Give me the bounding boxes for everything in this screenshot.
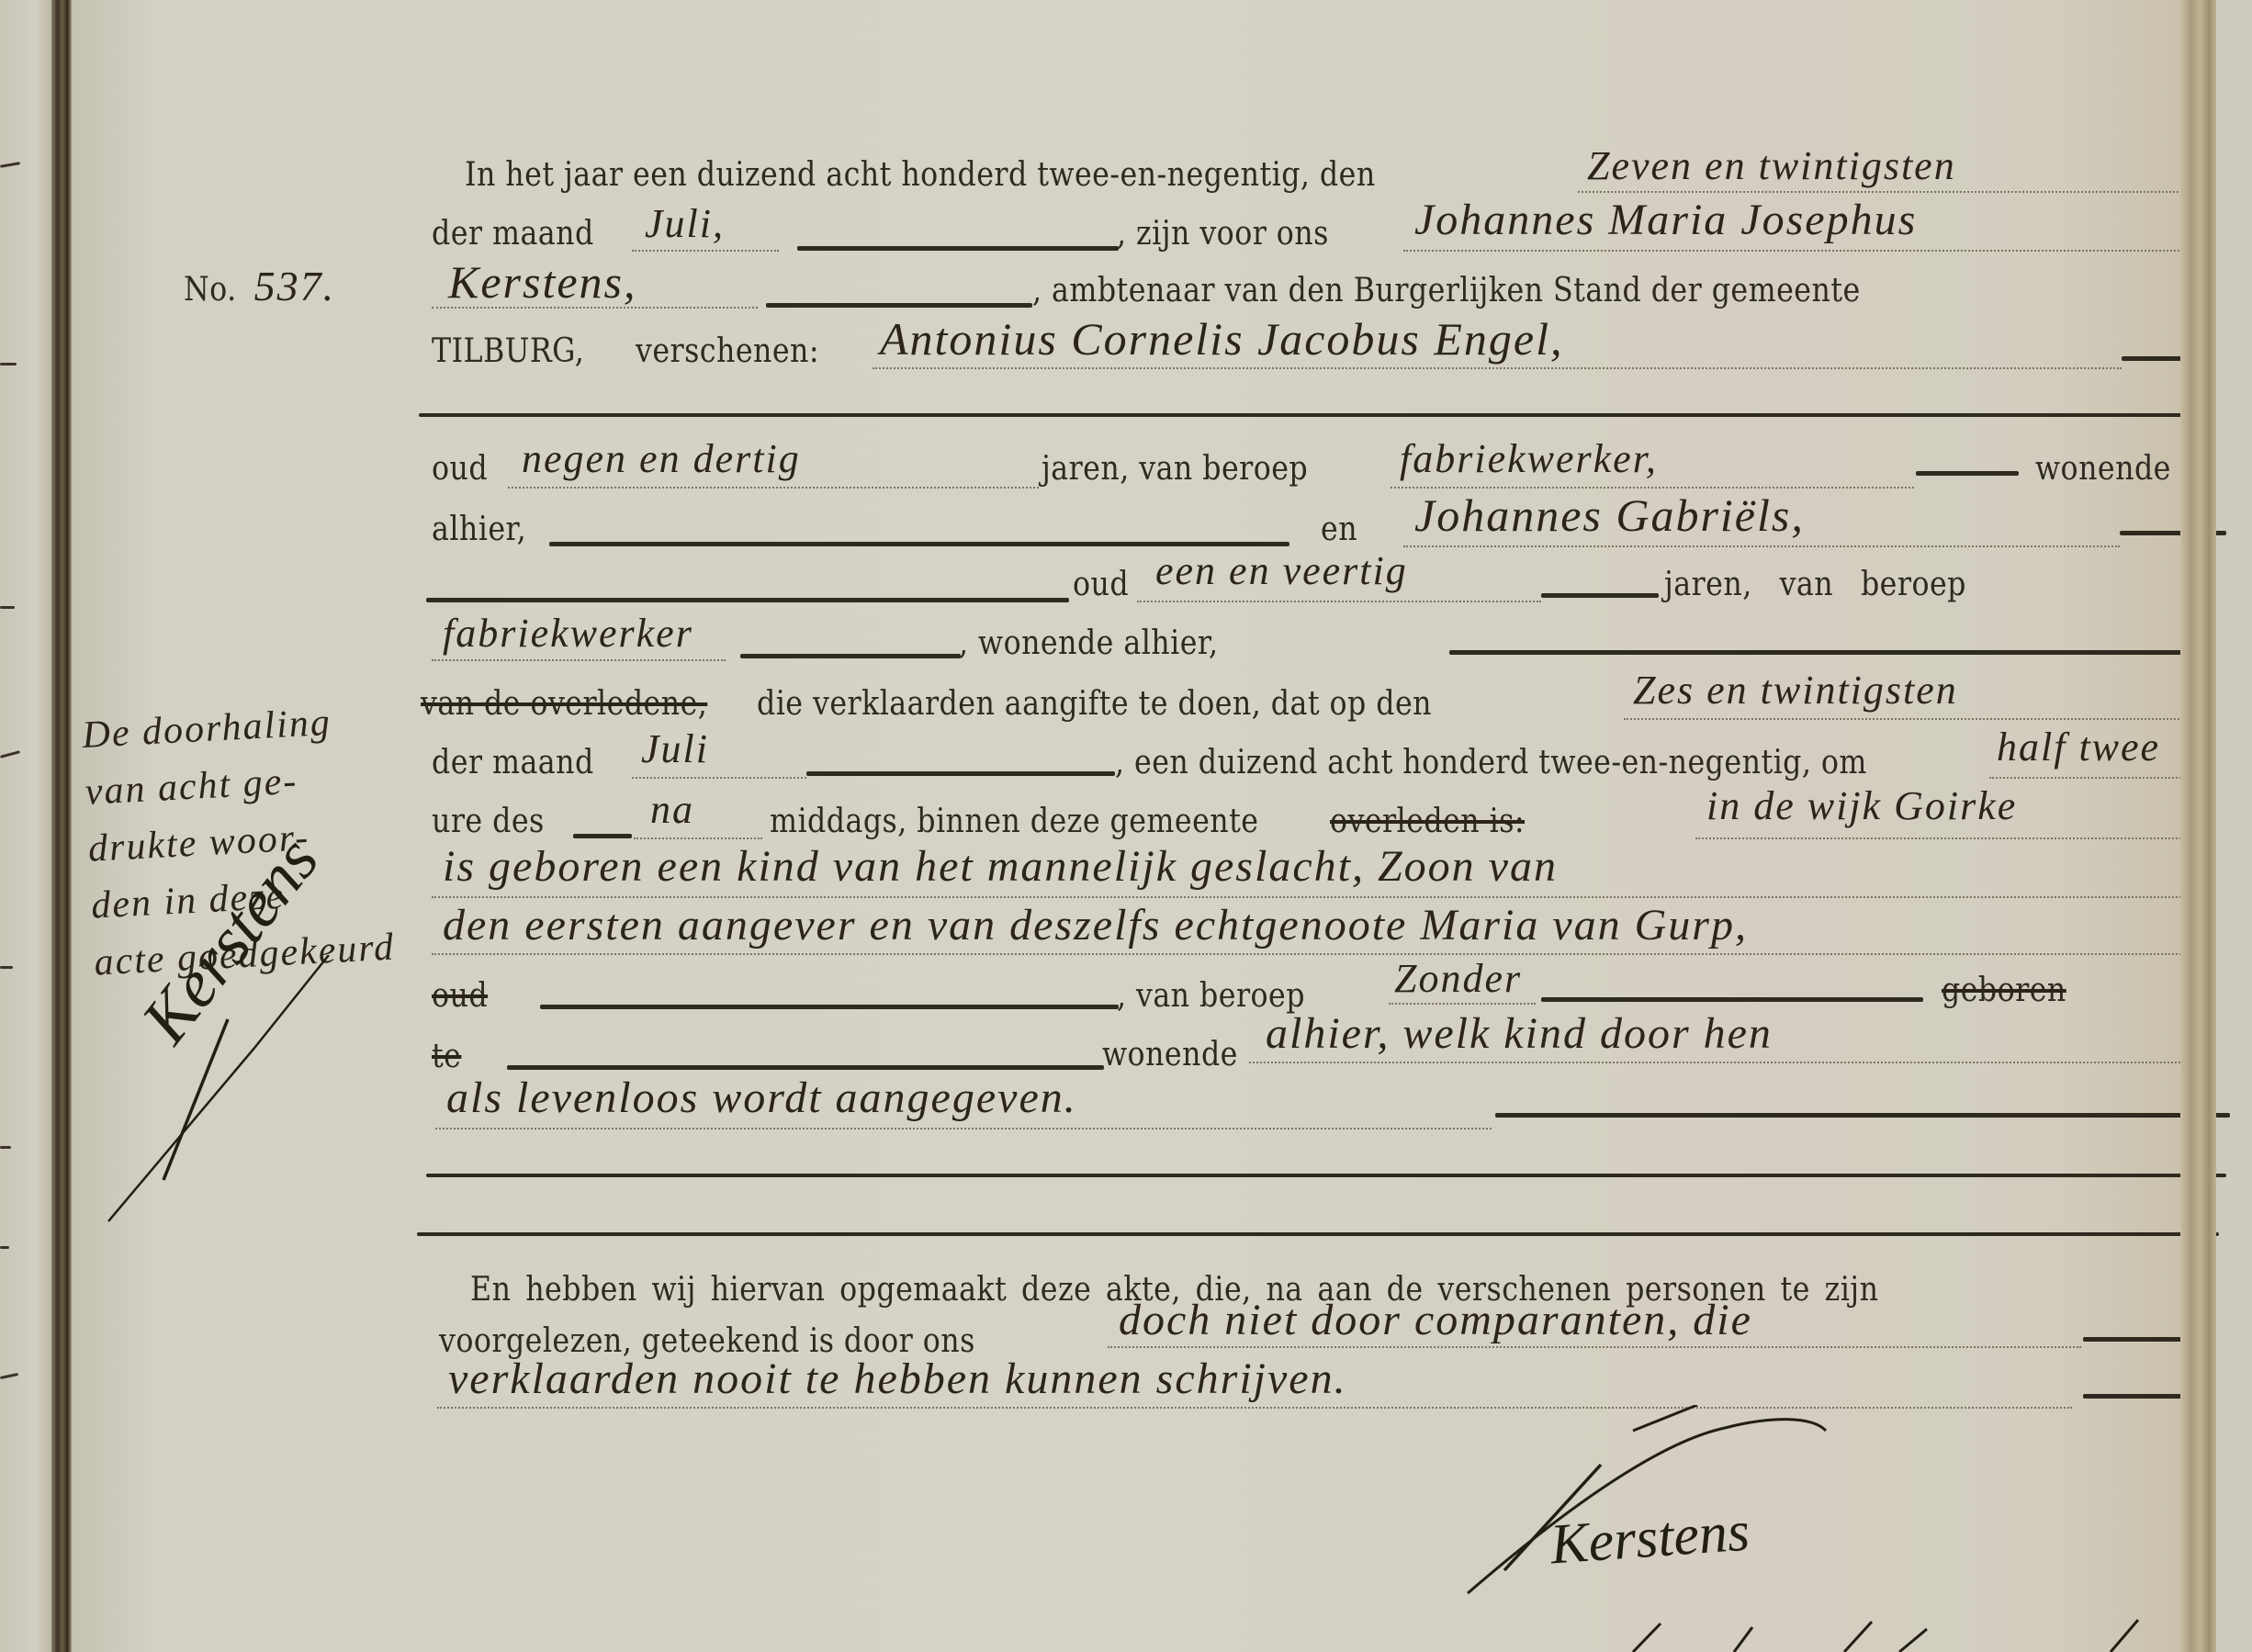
printed-text: oud: [432, 450, 488, 488]
empty-rule: [426, 1174, 2226, 1177]
handwritten-time-period: na: [650, 786, 694, 833]
struck-printed-text: overleden is:: [1330, 803, 1525, 840]
filler-rule: [507, 1065, 1104, 1070]
fill-line: [1403, 250, 2212, 252]
handwritten-event-month: Juli: [641, 725, 709, 772]
filler-rule: [1541, 593, 1659, 598]
handwritten-signing-note: doch niet door comparanten, die: [1119, 1295, 1752, 1345]
handwritten-illiteracy-note: verklaarden nooit te hebben kunnen schri…: [448, 1354, 1347, 1404]
record-line-4: TILBURG, verschenen:: [432, 332, 844, 370]
handwritten-declarant-1-name: Antonius Cornelis Jacobus Engel,: [880, 312, 1564, 365]
fill-line: [1624, 718, 2212, 720]
record-line-5b: jaren, van beroep: [1042, 450, 1345, 488]
record-line-6b: en: [1321, 511, 1363, 548]
filler-rule: [797, 246, 1119, 251]
page-edge: [2180, 0, 2216, 1652]
fill-line: [1389, 1003, 1536, 1005]
handwritten-declarant-2-age: een en veertig: [1155, 547, 1408, 594]
filler-rule: [740, 654, 961, 658]
fill-line: [432, 896, 2210, 898]
handwritten-parents-statement: den eersten aangever en van deszelfs ech…: [443, 900, 1748, 950]
ink-mark: [0, 966, 13, 969]
handwritten-birth-day: Zeven en twintigsten: [1587, 142, 1956, 189]
record-line-5c: wonende: [2035, 450, 2190, 488]
printed-text: jaren, van beroep: [1042, 450, 1308, 488]
record-line-2: der maand: [432, 215, 616, 253]
fill-line: [634, 837, 762, 839]
record-line-5: oud: [432, 450, 495, 488]
filler-rule: [549, 542, 1289, 546]
act-number-value: 537.: [254, 263, 336, 309]
handwritten-event-time: half twee: [1997, 724, 2160, 770]
fill-line: [1108, 1346, 2081, 1348]
filler-rule: [1495, 1113, 2230, 1118]
handwritten-mother-occupation: Zonder: [1394, 955, 1522, 1002]
record-line-2b: , zijn voor ons: [1117, 215, 1357, 253]
printed-text: , zijn voor ons: [1117, 215, 1329, 253]
filler-rule: [806, 771, 1115, 776]
printed-text: der maand: [432, 744, 594, 781]
printed-text: , ambtenaar van den Burgerlijken Stand d…: [1032, 272, 1861, 309]
ink-mark: [0, 750, 20, 759]
printed-text: ure des: [432, 803, 545, 840]
registrar-signature: Kerstens: [1548, 1500, 1751, 1579]
printed-text: oud: [1073, 566, 1129, 603]
printed-text: en: [1321, 511, 1357, 548]
record-line-9: van de overledene, die verklaarden aangi…: [421, 685, 1524, 723]
printed-text: die verklaarden aangifte te doen, dat op…: [757, 685, 1432, 723]
record-line-15b: wonende: [1102, 1036, 1256, 1073]
printed-text: wonende: [2035, 450, 2171, 488]
record-line-6: alhier,: [432, 511, 539, 548]
fill-line: [632, 777, 806, 779]
printed-text: der maand: [432, 215, 594, 253]
filler-rule: [766, 303, 1032, 308]
fill-line: [432, 953, 2210, 955]
book-binding: [51, 0, 72, 1652]
margin-signature-flourish: [72, 955, 457, 1231]
handwritten-declarant-1-occupation: fabriekwerker,: [1400, 435, 1658, 482]
ink-mark: [0, 1246, 9, 1249]
record-line-11b: middags, binnen deze gemeente overleden …: [770, 803, 1551, 840]
printed-text: In het jaar een duizend acht honderd twe…: [465, 156, 1376, 194]
record-line-7b: jaren, van beroep: [1664, 566, 2008, 603]
municipality-name: TILBURG,: [432, 332, 584, 370]
record-line-8: , wonende alhier,: [959, 624, 1254, 662]
ink-mark: [0, 1146, 11, 1149]
struck-printed-text: geboren: [1942, 972, 2066, 1009]
filler-rule: [573, 834, 632, 838]
handwritten-declarant-2-name: Johannes Gabriëls,: [1414, 489, 1805, 542]
filler-rule: [1541, 997, 1923, 1002]
ink-mark: [0, 606, 15, 609]
record-line-7: oud: [1073, 566, 1136, 603]
record-line-14c: geboren: [1942, 972, 2083, 1009]
record-line-3: , ambtenaar van den Burgerlijken Stand d…: [1032, 272, 1974, 309]
handwritten-declarant-2-occupation: fabriekwerker: [443, 610, 693, 657]
filler-rule: [426, 598, 1069, 602]
printed-text: , een duizend acht honderd twee-en-negen…: [1115, 744, 1867, 781]
handwritten-residence-statement: alhier, welk kind door hen: [1266, 1008, 1773, 1059]
fill-line: [1989, 777, 2210, 779]
printed-text: alhier,: [432, 511, 526, 548]
record-line-11: ure des: [432, 803, 559, 840]
record-line-1: In het jaar een duizend acht honderd twe…: [465, 156, 1500, 194]
record-line-10b: , een duizend acht honderd twee-en-negen…: [1115, 744, 1970, 781]
fill-line: [873, 367, 2122, 369]
ink-mark: [0, 363, 17, 365]
printed-text: wonende: [1102, 1036, 1238, 1073]
handwritten-birth-statement: is geboren een kind van het mannelijk ge…: [443, 841, 1558, 892]
printed-text: jaren, van beroep: [1664, 566, 1966, 603]
next-entry-handwriting: [1596, 1616, 2221, 1652]
facing-page-edge: [0, 0, 51, 1652]
handwritten-official-given-names: Johannes Maria Josephus: [1414, 195, 1917, 245]
printed-text: middags, binnen deze gemeente: [770, 803, 1258, 840]
fill-line: [1249, 1062, 2210, 1063]
handwritten-month: Juli,: [645, 200, 725, 247]
record-line-10: der maand: [432, 744, 616, 781]
fill-line: [1403, 545, 2120, 547]
handwritten-location: in de wijk Goirke: [1706, 782, 2017, 829]
fill-line: [1695, 837, 2210, 839]
act-number: No. 537.: [184, 262, 335, 310]
fill-line: [432, 659, 726, 661]
filler-rule: [1449, 650, 2212, 655]
struck-printed-text: van de overledene,: [421, 685, 707, 723]
printed-text: , wonende alhier,: [959, 624, 1219, 662]
register-page: No. 537. In het jaar een duizend acht ho…: [72, 0, 2216, 1652]
fill-line: [435, 1128, 1492, 1129]
handwritten-stillborn-statement: als levenloos wordt aangegeven.: [446, 1073, 1077, 1123]
ink-mark: [0, 162, 20, 168]
section-rule: [419, 413, 2213, 417]
handwritten-event-day: Zes en twintigsten: [1633, 667, 1958, 714]
empty-rule: [417, 1232, 2219, 1236]
ink-mark: [0, 1373, 18, 1379]
act-number-label: No.: [184, 271, 237, 309]
fill-line: [632, 250, 779, 252]
filler-rule: [540, 1005, 1119, 1009]
handwritten-official-surname: Kerstens,: [448, 255, 637, 309]
fill-line: [508, 487, 1039, 489]
fill-line: [1137, 601, 1541, 602]
fill-line: [1578, 191, 2212, 193]
handwritten-declarant-1-age: negen en dertig: [522, 435, 801, 482]
filler-rule: [1916, 471, 2019, 476]
printed-text: verschenen:: [636, 332, 819, 370]
